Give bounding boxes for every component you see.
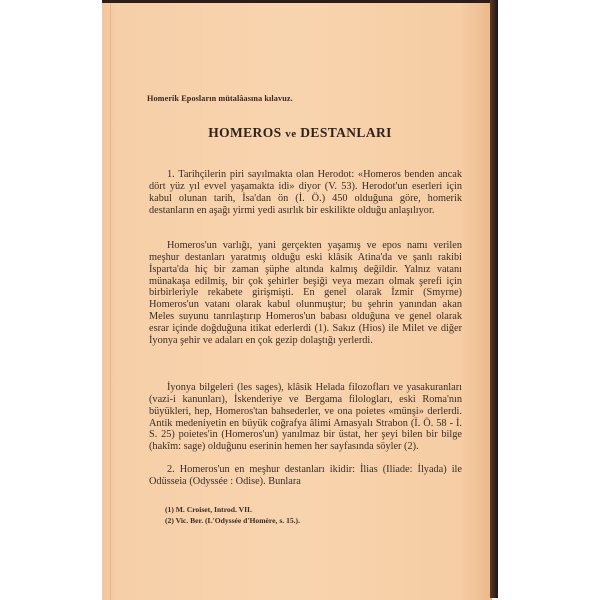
- paragraph-4: 2. Homeros'un en meşhur destanları ikidi…: [149, 464, 462, 488]
- footnotes: (1) M. Croiset, Introd. VII. (2) Vic. Be…: [165, 505, 300, 526]
- footnote-2: (2) Vic. Ber. (L'Odyssée d'Homère, s. 15…: [165, 516, 300, 527]
- title-rest: DESTANLARI: [300, 125, 392, 140]
- paragraph-3: İyonya bilgeleri (les sages), klâsik Hel…: [149, 382, 462, 453]
- paragraph-text: İyonya bilgeleri (les sages), klâsik Hel…: [149, 382, 462, 453]
- book-spine-shadow: [490, 0, 498, 598]
- chapter-title: HOMEROS ve DESTANLARI: [0, 125, 600, 141]
- paragraph-text: 2. Homeros'un en meşhur destanları ikidi…: [149, 464, 462, 488]
- paragraph-text: 1. Tarihçilerin piri sayılmakta olan Her…: [149, 169, 462, 216]
- title-main: HOMEROS: [208, 125, 281, 140]
- title-ve: ve: [285, 128, 296, 140]
- footnote-1: (1) M. Croiset, Introd. VII.: [165, 505, 300, 516]
- paragraph-2: Homeros'un varlığı, yani gerçekten yaşam…: [149, 240, 462, 347]
- running-head: Homerik Eposların mütalâasına kılavuz.: [147, 94, 293, 103]
- paragraph-text: Homeros'un varlığı, yani gerçekten yaşam…: [149, 240, 462, 347]
- paragraph-1: 1. Tarihçilerin piri sayılmakta olan Her…: [149, 169, 462, 216]
